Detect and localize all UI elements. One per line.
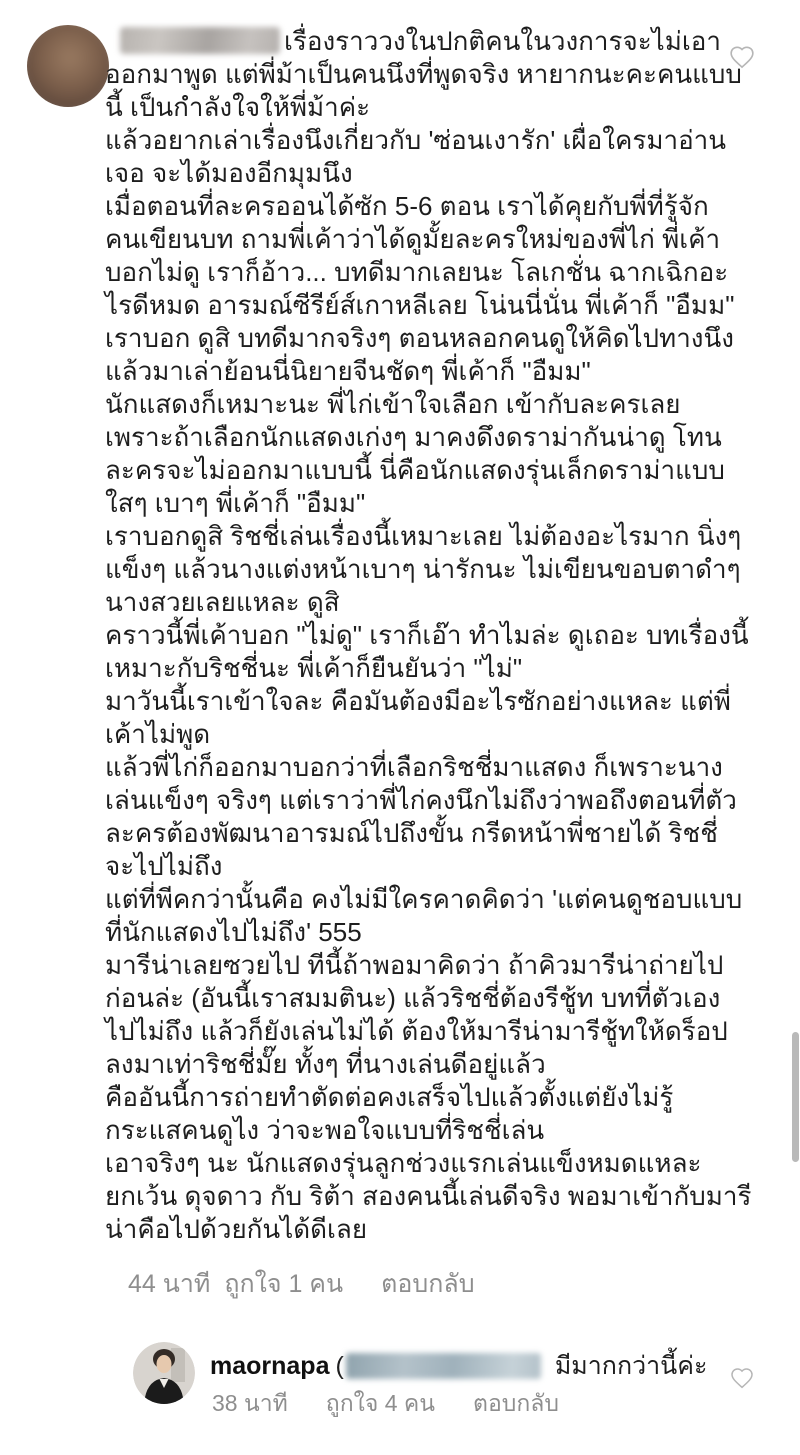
- comment-meta: 38 นาที ถูกใจ 4 คน ตอบกลับ: [212, 1386, 559, 1422]
- mention-redaction-blur: [346, 1353, 541, 1379]
- timestamp: 38 นาที: [212, 1386, 288, 1422]
- reply-button[interactable]: ตอบกลับ: [473, 1386, 559, 1422]
- username-link[interactable]: maornapa: [210, 1352, 329, 1380]
- comment-text-prefix: (: [335, 1352, 343, 1380]
- like-count-button[interactable]: ถูกใจ 1 คน: [224, 1264, 343, 1304]
- comment-thread: เรื่องราววงในปกติคนในวงการจะไม่เอา ออกมา…: [0, 0, 800, 1455]
- timestamp: 44 นาที: [128, 1264, 210, 1304]
- username-redaction-blur: [120, 27, 280, 54]
- like-count-button[interactable]: ถูกใจ 4 คน: [326, 1386, 435, 1422]
- avatar-blurred[interactable]: [27, 25, 109, 107]
- like-heart-icon[interactable]: [730, 1366, 754, 1390]
- comment-body: เรื่องราววงในปกติคนในวงการจะไม่เอา ออกมา…: [105, 25, 785, 1246]
- reply-button[interactable]: ตอบกลับ: [381, 1264, 474, 1304]
- comment-text: มีมากกว่านี้ค่ะ: [555, 1352, 708, 1380]
- comment-meta: 44 นาที ถูกใจ 1 คน ตอบกลับ: [128, 1264, 475, 1304]
- scrollbar-thumb[interactable]: [792, 1032, 799, 1162]
- like-heart-icon[interactable]: [729, 44, 755, 70]
- comment-text: เรื่องราววงในปกติคนในวงการจะไม่เอา ออกมา…: [105, 26, 751, 1244]
- avatar-blur-overlay: [27, 25, 109, 107]
- avatar-maornapa[interactable]: [133, 1342, 195, 1404]
- comment-row: maornapa(มีมากกว่านี้ค่ะ: [210, 1349, 707, 1383]
